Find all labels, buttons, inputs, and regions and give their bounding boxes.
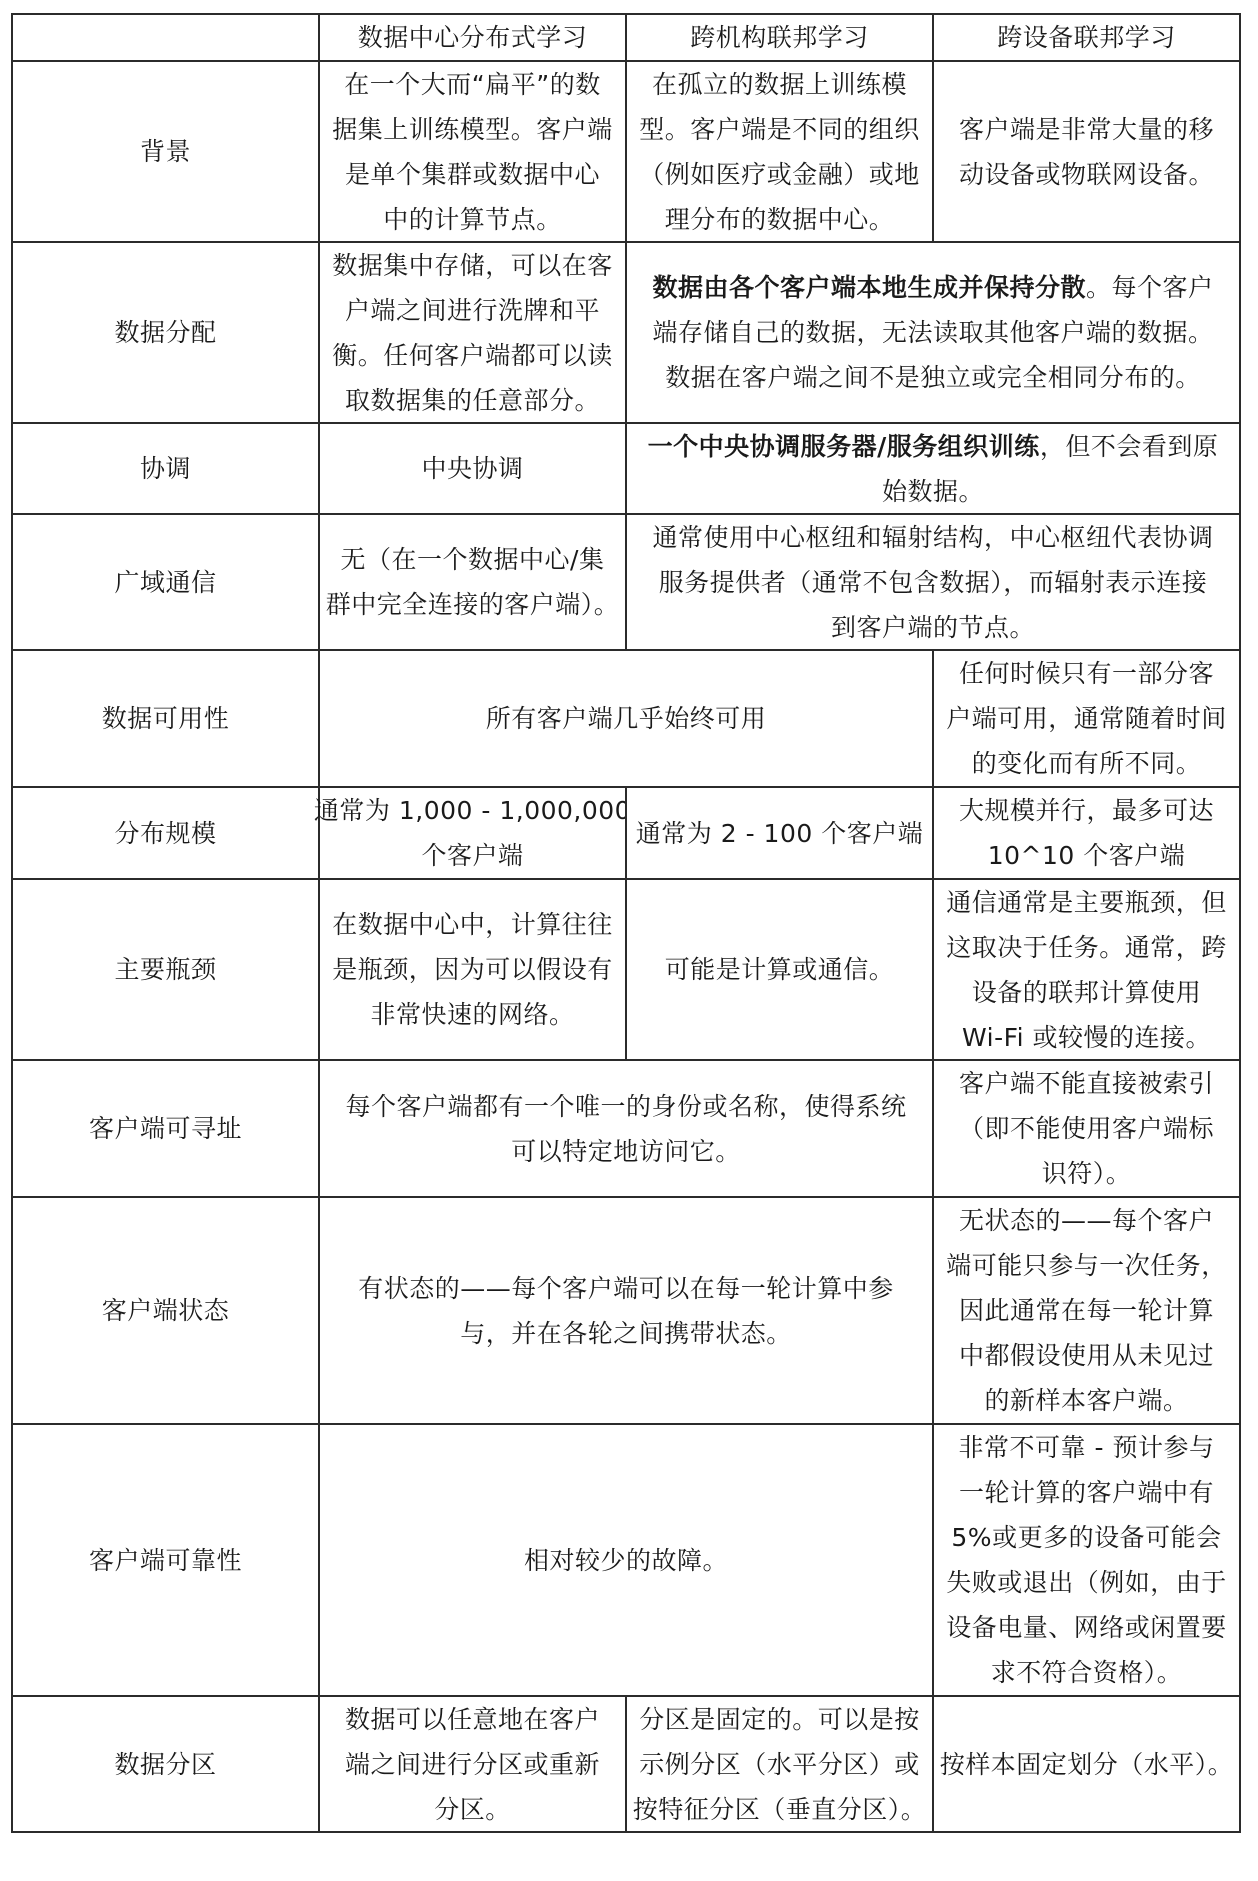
cell-text-line: 到客户端的节点。 [831,605,1035,650]
cell-text-line: （例如医疗或金融）或地 [639,152,920,197]
row-label: 数据可用性 [11,649,320,788]
cell-text-line: 非常不可靠 - 预计参与 [959,1425,1215,1470]
table-cell: 数据可以任意地在客户端之间进行分区或重新分区。 [318,1695,627,1833]
cell-text-line: 跨机构联邦学习 [690,15,869,60]
cell-text-line: 据集上训练模型。客户端 [332,107,613,152]
cell-text-line: 有状态的——每个客户端可以在每一轮计算中参 [358,1266,894,1311]
cell-text-line: 理分布的数据中心。 [665,197,895,242]
row-label: 数据分区 [11,1695,320,1833]
table-cell: 每个客户端都有一个唯一的身份或名称，使得系统可以特定地访问它。 [318,1059,934,1198]
cell-text-line: 客户端可寻址 [89,1106,242,1151]
table-cell: 大规模并行，最多可达10^10 个客户端 [932,786,1241,880]
cell-text-line: 5%或更多的设备可能会 [951,1515,1221,1560]
table-cell: 通常使用中心枢纽和辐射结构，中心枢纽代表协调服务提供者（通常不包含数据），而辐射… [625,513,1241,651]
column-header: 跨机构联邦学习 [625,13,934,62]
row-label: 客户端可寻址 [11,1059,320,1198]
column-header: 数据中心分布式学习 [318,13,627,62]
cell-text-line: 广域通信 [114,560,216,605]
bold-emphasis: 一个中央协调服务器/服务组织训练 [648,432,1040,461]
cell-text-line: 数据可用性 [102,696,230,741]
cell-text-line: 户端可用，通常随着时间 [946,696,1227,741]
cell-text-line: 每个客户端都有一个唯一的身份或名称，使得系统 [345,1084,906,1129]
cell-text-line: 示例分区（水平分区）或 [639,1742,920,1787]
cell-text-line: 求不符合资格）。 [991,1650,1183,1695]
table-cell: 所有客户端几乎始终可用 [318,649,934,788]
table-cell: 无（在一个数据中心/集群中完全连接的客户端）。 [318,513,627,651]
cell-text-line: 因此通常在每一轮计算 [959,1288,1214,1333]
cell-text-line: 始数据。 [882,469,984,514]
cell-text-line: 设备电量、网络或闲置要 [946,1605,1227,1650]
column-header: 跨设备联邦学习 [932,13,1241,62]
cell-text-line: 按样本固定划分（水平）。 [940,1742,1234,1787]
cell-text-line: 主要瓶颈 [114,947,216,992]
cell-text-line: 识符）。 [1042,1151,1132,1196]
cell-text-line: 中央协调 [421,446,523,491]
cell-text-line: 背景 [140,129,191,174]
row-label: 广域通信 [11,513,320,651]
table-cell: 非常不可靠 - 预计参与一轮计算的客户端中有5%或更多的设备可能会失败或退出（例… [932,1423,1241,1697]
cell-text-line: 端可能只参与一次任务， [946,1243,1227,1288]
table-cell: 通信通常是主要瓶颈，但这取决于任务。通常，跨设备的联邦计算使用Wi-Fi 或较慢… [932,878,1241,1061]
bold-emphasis: 数据由各个客户端本地生成并保持分散 [652,273,1086,302]
cell-text-line: 跨设备联邦学习 [997,15,1176,60]
cell-text-line: 分区是固定的。可以是按 [639,1697,920,1742]
cell-text-line: 数据由各个客户端本地生成并保持分散。每个客户 [652,265,1213,310]
cell-text-line: 型。客户端是不同的组织 [639,107,920,152]
cell-text-line: 通常使用中心枢纽和辐射结构，中心枢纽代表协调 [652,515,1213,560]
cell-text-line: 一轮计算的客户端中有 [959,1470,1214,1515]
cell-text-line: 中都假设使用从未见过 [959,1333,1214,1378]
cell-text-line: 服务提供者（通常不包含数据），而辐射表示连接 [659,560,1208,605]
row-label: 主要瓶颈 [11,878,320,1061]
row-label: 背景 [11,60,320,243]
table-cell: 在孤立的数据上训练模型。客户端是不同的组织（例如医疗或金融）或地理分布的数据中心… [625,60,934,243]
row-label: 协调 [11,422,320,515]
cell-text-line: 客户端是非常大量的移 [959,107,1214,152]
cell-text: ，但不会看到原 [1040,432,1219,461]
cell-text-line: 协调 [140,446,191,491]
header-corner-cell [11,13,320,62]
table-cell: 有状态的——每个客户端可以在每一轮计算中参与，并在各轮之间携带状态。 [318,1196,934,1425]
cell-text-line: 数据可以任意地在客户 [345,1697,600,1742]
cell-text-line: 相对较少的故障。 [524,1538,728,1583]
cell-text-line: 客户端状态 [102,1288,230,1333]
cell-text-line: 取数据集的任意部分。 [345,378,600,423]
table-cell: 数据集中存储，可以在客户端之间进行洗牌和平衡。任何客户端都可以读取数据集的任意部… [318,241,627,424]
cell-text-line: 客户端不能直接被索引 [959,1061,1214,1106]
cell-text-line: 群中完全连接的客户端）。 [326,582,620,627]
cell-text-line: 分布规模 [114,811,216,856]
cell-text-line: 按特征分区（垂直分区）。 [633,1787,927,1832]
cell-text-line: 一个中央协调服务器/服务组织训练，但不会看到原 [648,424,1219,469]
table-cell: 在一个大而“扁平”的数据集上训练模型。客户端是单个集群或数据中心中的计算节点。 [318,60,627,243]
table-cell: 可能是计算或通信。 [625,878,934,1061]
row-label: 客户端可靠性 [11,1423,320,1697]
cell-text-line: （即不能使用客户端标 [959,1106,1214,1151]
cell-text-line: 数据集中存储，可以在客 [332,243,613,288]
cell-text-line: 在数据中心中，计算往往 [332,902,613,947]
comparison-table: 数据中心分布式学习跨机构联邦学习跨设备联邦学习背景在一个大而“扁平”的数据集上训… [0,0,1258,1881]
cell-text-line: 数据分区 [114,1742,216,1787]
table-cell: 在数据中心中，计算往往是瓶颈，因为可以假设有非常快速的网络。 [318,878,627,1061]
cell-text-line: 设备的联邦计算使用 [972,970,1202,1015]
table-cell: 客户端不能直接被索引（即不能使用客户端标识符）。 [932,1059,1241,1198]
cell-text-line: 户端之间进行洗牌和平 [345,288,600,333]
cell-text-line: 在孤立的数据上训练模 [652,62,907,107]
cell-text-line: 数据中心分布式学习 [358,15,588,60]
cell-text-line: 数据分配 [114,310,216,355]
table-cell: 任何时候只有一部分客户端可用，通常随着时间的变化而有所不同。 [932,649,1241,788]
cell-text-line: 可以特定地访问它。 [511,1129,741,1174]
table-cell: 通常为 1,000 - 1,000,000个客户端 [318,786,627,880]
cell-text-line: 端之间进行分区或重新 [345,1742,600,1787]
table-cell: 中央协调 [318,422,627,515]
cell-text-line: 衡。任何客户端都可以读 [332,333,613,378]
cell-text-line: 任何时候只有一部分客 [959,651,1214,696]
table-cell: 数据由各个客户端本地生成并保持分散。每个客户端存储自己的数据，无法读取其他客户端… [625,241,1241,424]
row-label: 客户端状态 [11,1196,320,1425]
table-cell: 按样本固定划分（水平）。 [932,1695,1241,1833]
cell-text-line: 是瓶颈，因为可以假设有 [332,947,613,992]
cell-text-line: 失败或退出（例如，由于 [946,1560,1227,1605]
row-label: 分布规模 [11,786,320,880]
cell-text-line: Wi-Fi 或较慢的连接。 [962,1015,1211,1060]
cell-text-line: 数据在客户端之间不是独立或完全相同分布的。 [665,355,1201,400]
table-cell: 无状态的——每个客户端可能只参与一次任务，因此通常在每一轮计算中都假设使用从未见… [932,1196,1241,1425]
cell-text-line: 端存储自己的数据，无法读取其他客户端的数据。 [652,310,1213,355]
cell-text-line: 分区。 [434,1787,511,1832]
cell-text-line: 客户端可靠性 [89,1538,242,1583]
cell-text-line: 是单个集群或数据中心 [345,152,600,197]
cell-text-line: 中的计算节点。 [383,197,562,242]
cell-text: 。每个客户 [1086,273,1214,302]
cell-text-line: 无（在一个数据中心/集 [341,537,605,582]
cell-text-line: 的新样本客户端。 [984,1378,1188,1423]
cell-text-line: 所有客户端几乎始终可用 [486,696,767,741]
table-cell: 分区是固定的。可以是按示例分区（水平分区）或按特征分区（垂直分区）。 [625,1695,934,1833]
cell-text-line: 通常为 1,000 - 1,000,000 [314,788,631,833]
cell-text-line: 动设备或物联网设备。 [959,152,1214,197]
cell-text-line: 通常为 2 - 100 个客户端 [636,811,923,856]
row-label: 数据分配 [11,241,320,424]
cell-text-line: 大规模并行，最多可达 [959,788,1214,833]
table-cell: 相对较少的故障。 [318,1423,934,1697]
table-cell: 客户端是非常大量的移动设备或物联网设备。 [932,60,1241,243]
cell-text-line: 的变化而有所不同。 [972,741,1202,786]
cell-text-line: 这取决于任务。通常，跨 [946,925,1227,970]
cell-text-line: 个客户端 [421,833,523,878]
cell-text-line: 可能是计算或通信。 [665,947,895,992]
cell-text-line: 10^10 个客户端 [988,833,1186,878]
table-cell: 通常为 2 - 100 个客户端 [625,786,934,880]
table-cell: 一个中央协调服务器/服务组织训练，但不会看到原始数据。 [625,422,1241,515]
cell-text-line: 非常快速的网络。 [370,992,574,1037]
cell-text-line: 通信通常是主要瓶颈，但 [946,880,1227,925]
cell-text-line: 与，并在各轮之间携带状态。 [460,1311,792,1356]
cell-text-line: 在一个大而“扁平”的数 [344,62,600,107]
cell-text-line: 无状态的——每个客户 [959,1198,1214,1243]
